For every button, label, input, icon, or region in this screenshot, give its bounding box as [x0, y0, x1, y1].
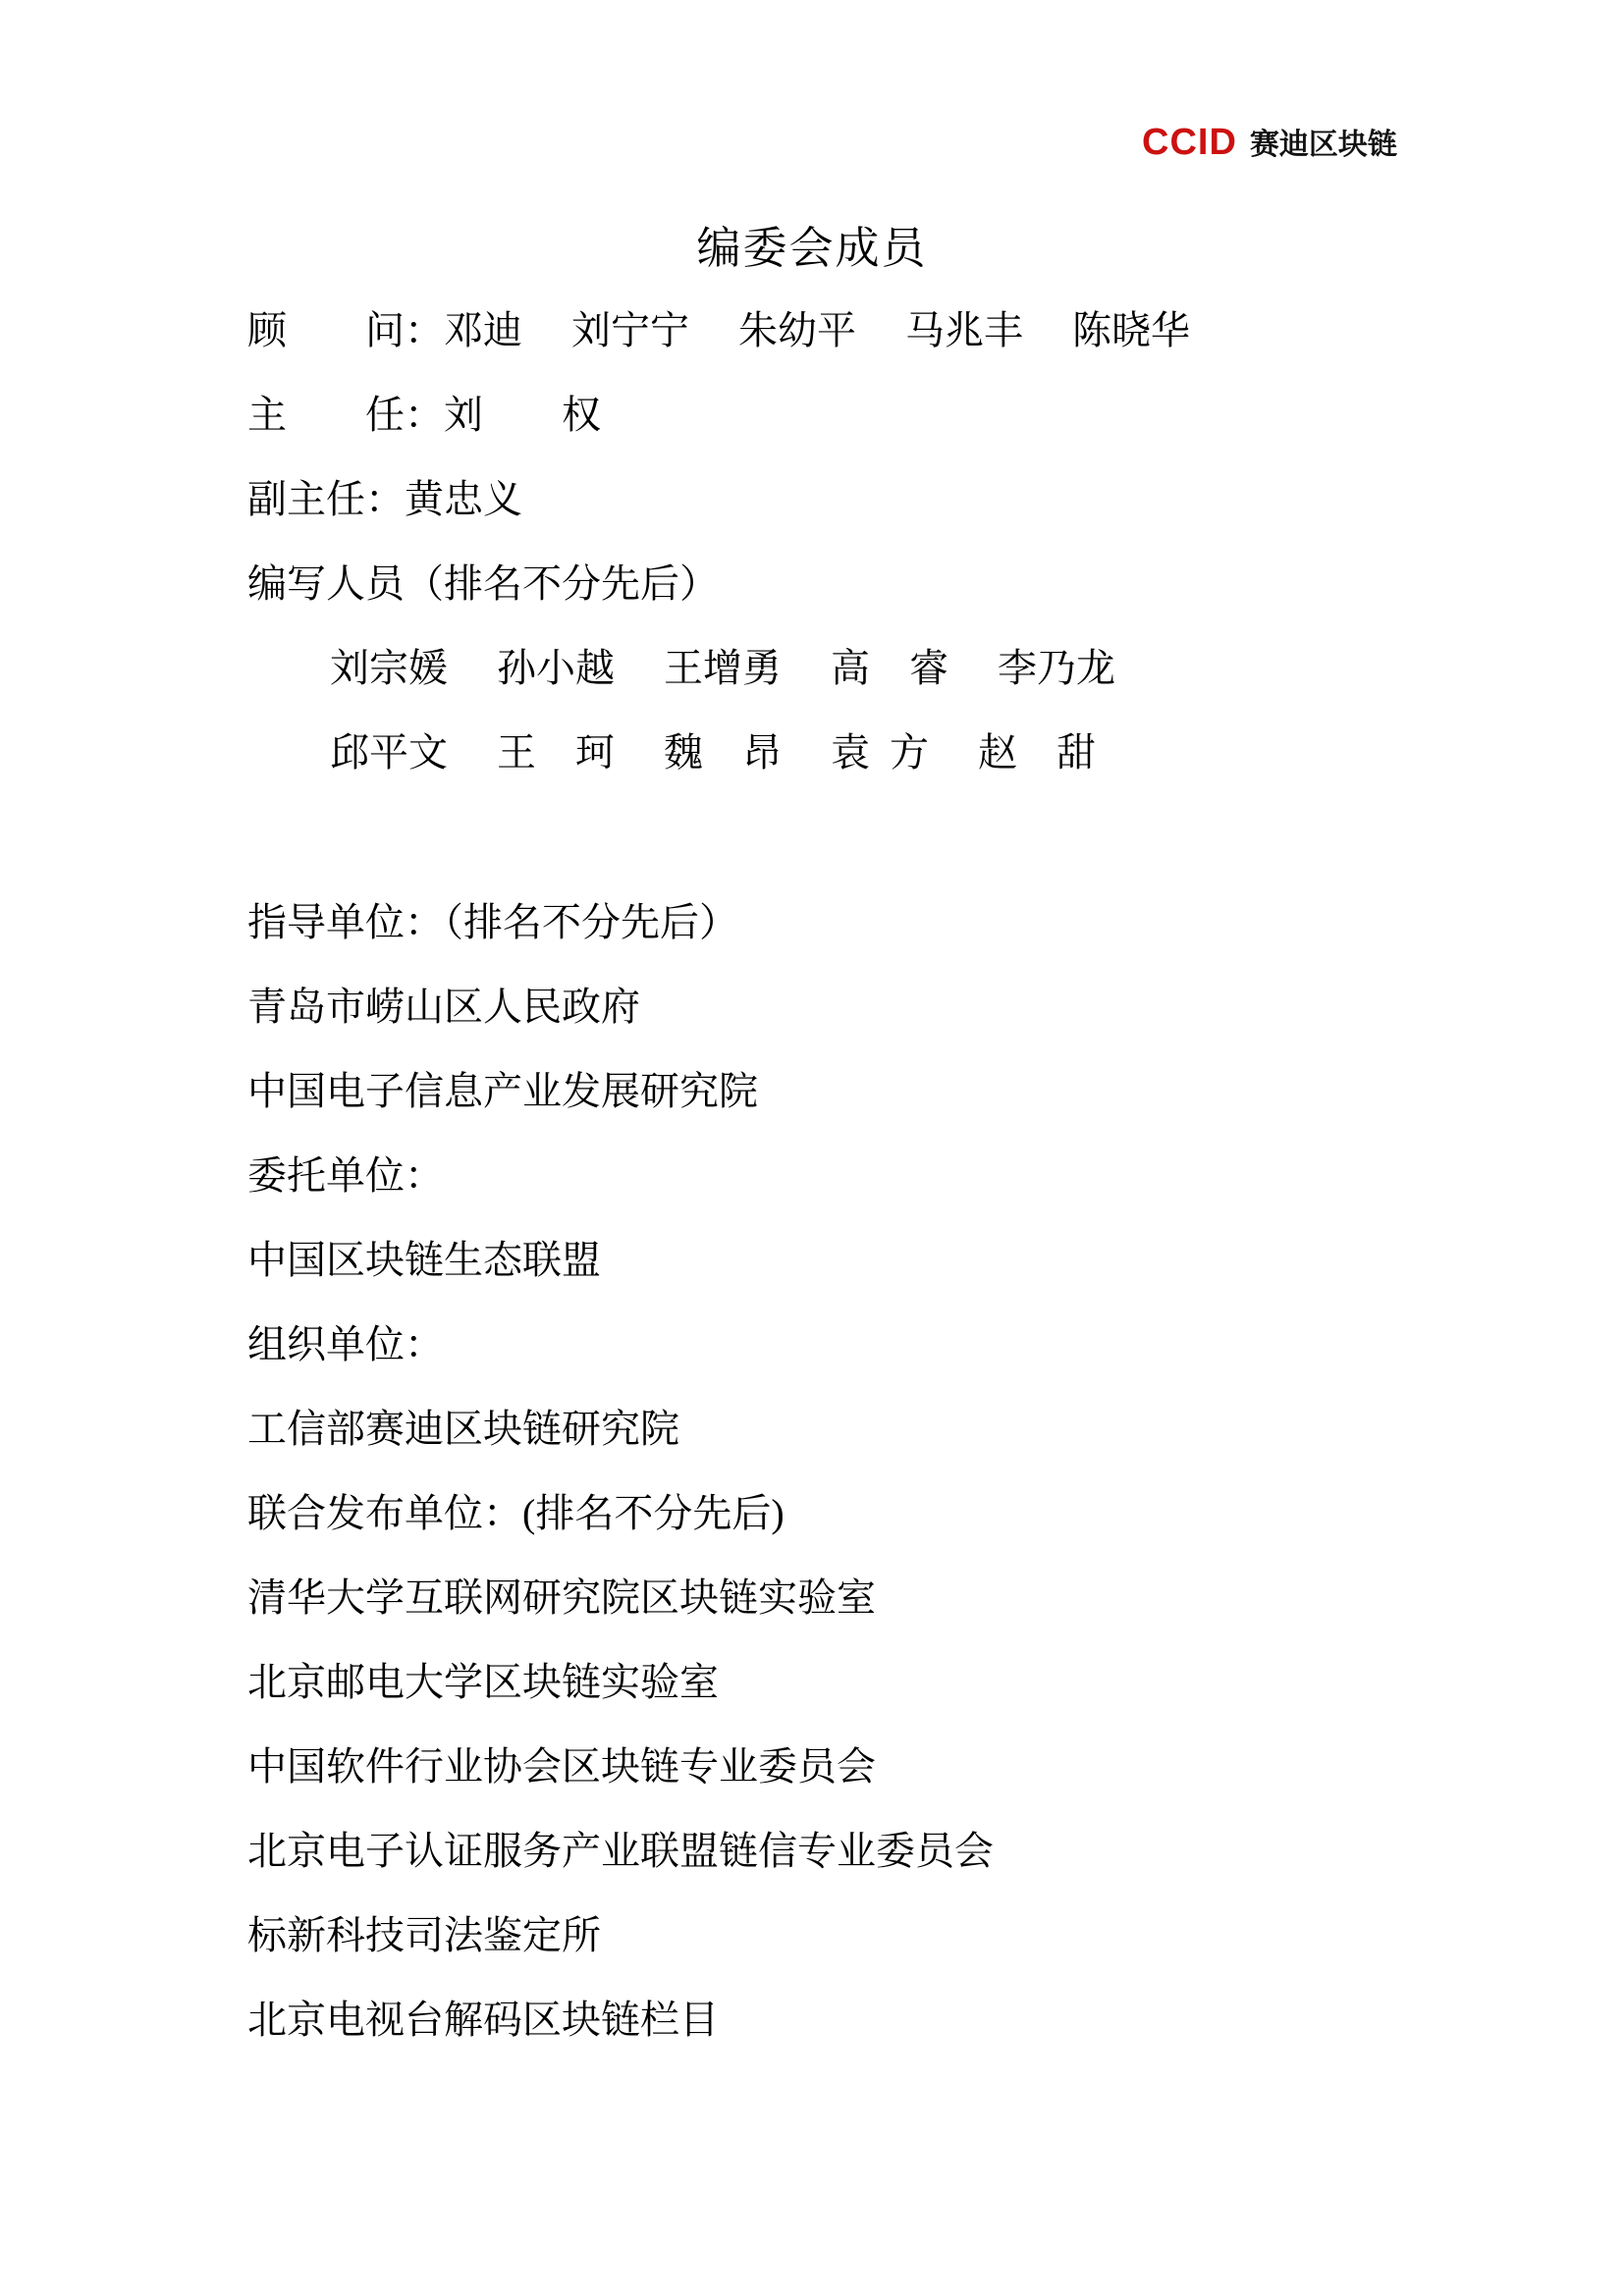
text-line: 副主任：黄忠义 [247, 457, 1545, 542]
text-line: 北京电视台解码区块链栏目 [247, 1978, 1545, 2062]
text-line: 中国软件行业协会区块链专业委员会 [247, 1725, 1545, 1809]
ccid-logo: CCID [1142, 122, 1237, 164]
text-line: 编写人员（排名不分先后） [247, 542, 1545, 626]
text-line: 委托单位： [247, 1134, 1545, 1218]
text-line: 主 任：刘 权 [247, 373, 1545, 457]
text-line: 北京电子认证服务产业联盟链信专业委员会 [247, 1809, 1545, 1894]
text-line: 指导单位：（排名不分先后） [247, 881, 1545, 965]
ccid-logo-suffix: 赛迪区块链 [1250, 120, 1397, 163]
text-line: 刘宗媛 孙小越 王增勇 高 睿 李乃龙 [247, 626, 1545, 711]
brand-header: CCID 赛迪区块链 [1142, 120, 1397, 164]
page-title: 编委会成员 [0, 212, 1624, 276]
document-body: 顾 问：邓迪 刘宁宁 朱幼平 马兆丰 陈晓华主 任：刘 权副主任：黄忠义编写人员… [247, 289, 1545, 2062]
text-line: 中国电子信息产业发展研究院 [247, 1049, 1545, 1134]
text-line: 青岛市崂山区人民政府 [247, 965, 1545, 1049]
text-line: 工信部赛迪区块链研究院 [247, 1387, 1545, 1471]
text-line: 中国区块链生态联盟 [247, 1218, 1545, 1303]
text-line: 标新科技司法鉴定所 [247, 1894, 1545, 1978]
text-line: 联合发布单位：(排名不分先后) [247, 1471, 1545, 1556]
document-page: CCID 赛迪区块链 编委会成员 顾 问：邓迪 刘宁宁 朱幼平 马兆丰 陈晓华主… [0, 0, 1624, 2296]
text-line: 组织单位： [247, 1303, 1545, 1387]
text-line: 清华大学互联网研究院区块链实验室 [247, 1556, 1545, 1640]
text-line: 顾 问：邓迪 刘宁宁 朱幼平 马兆丰 陈晓华 [247, 289, 1545, 373]
text-line: 北京邮电大学区块链实验室 [247, 1640, 1545, 1725]
text-line: 邱平文 王 珂 魏 昂 袁 方 赵 甜 [247, 711, 1545, 795]
